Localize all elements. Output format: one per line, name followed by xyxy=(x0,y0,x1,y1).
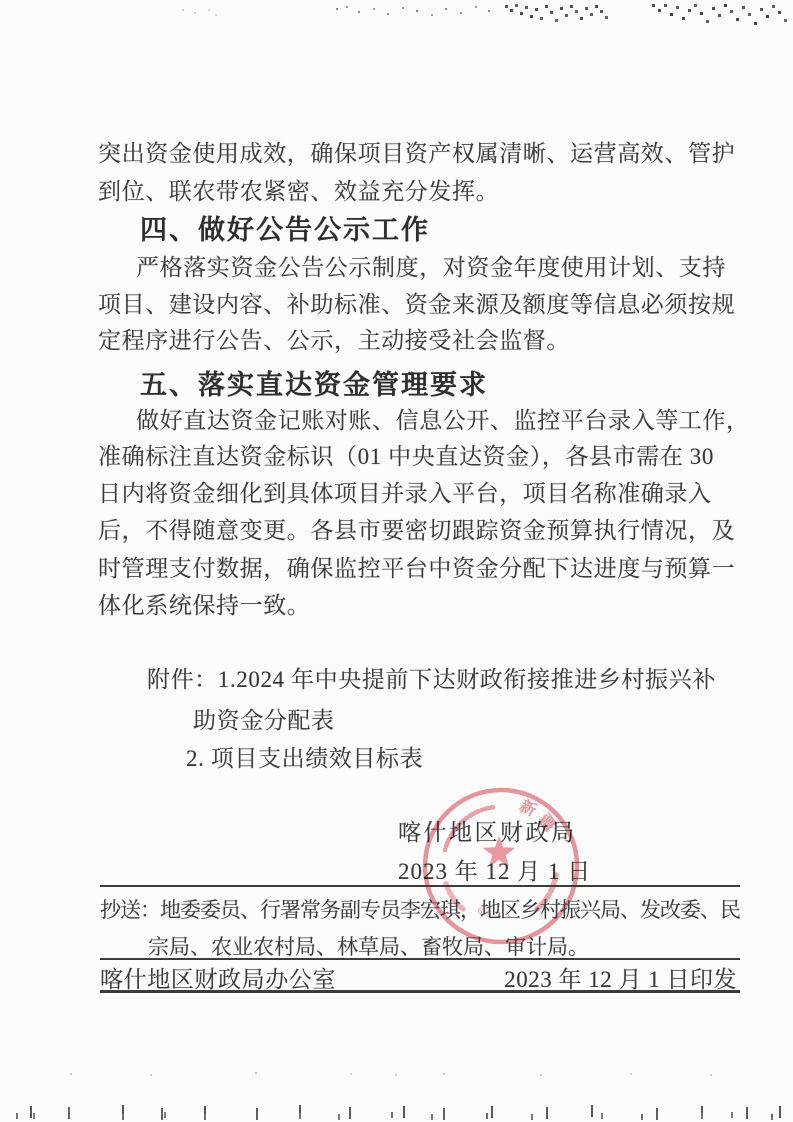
cc-list-line-2: 宗局、农业农村局、林草局、畜牧局、审计局。 xyxy=(148,935,589,959)
attachment-line-3: 2. 项目支出绩效目标表 xyxy=(186,746,423,772)
body-line: 项目、建设内容、补助标准、资金来源及额度等信息必须按规 xyxy=(98,292,735,318)
scan-noise-top xyxy=(182,9,184,11)
section-heading-5: 五、落实直达资金管理要求 xyxy=(140,370,488,401)
body-line: 严格落实资金公告公示制度，对资金年度使用计划、支持 xyxy=(136,255,726,281)
scan-noise-top xyxy=(652,4,655,7)
scanned-document-page: 突出资金使用成效，确保项目资产权属清晰、运营高效、管护 到位、联农带农紧密、效益… xyxy=(0,0,793,1122)
official-seal: 新疆 6531 xyxy=(415,780,587,952)
separator-line xyxy=(100,885,740,887)
cc-list-line-1: 抄送：地委委员、行署常务副专员李宏琪，地区乡村振兴局、发改委、民 xyxy=(100,898,740,922)
seal-script-marks xyxy=(445,807,495,850)
scan-noise-bottom xyxy=(16,1113,18,1119)
body-line: 时管理支付数据，确保监控平台中资金分配下达进度与预算一 xyxy=(98,556,735,582)
scan-noise-top xyxy=(505,5,508,8)
body-line: 定程序进行公告、公示，主动接受社会监督。 xyxy=(98,328,570,354)
separator-line xyxy=(100,958,740,960)
separator-line xyxy=(100,990,740,993)
body-line: 突出资金使用成效，确保项目资产权属清晰、运营高效、管护 xyxy=(98,141,735,167)
body-line: 日内将资金细化到具体项目并录入平台，项目名称准确录入 xyxy=(98,481,712,507)
body-line: 做好直达资金记账对账、信息公开、监控平台录入等工作， xyxy=(136,408,750,434)
body-line: 体化系统保持一致。 xyxy=(98,593,310,619)
attachment-line-1: 附件：1.2024 年中央提前下达财政衔接推进乡村振兴补 xyxy=(147,667,716,693)
seal-star-icon xyxy=(483,836,515,867)
attachment-line-2: 助资金分配表 xyxy=(193,708,335,734)
scan-noise-bottom xyxy=(30,1106,32,1118)
body-line: 到位、联农带农紧密、效益充分发挥。 xyxy=(98,179,499,205)
scan-noise-top xyxy=(336,8,338,10)
body-line: 后，不得随意变更。各县市要密切跟踪资金预算执行情况，及 xyxy=(98,518,735,544)
body-line: 准确标注直达资金标识（01 中央直达资金），各县市需在 30 xyxy=(98,444,714,470)
scan-noise-bottom xyxy=(70,1073,72,1075)
section-heading-4: 四、做好公告公示工作 xyxy=(140,215,430,246)
